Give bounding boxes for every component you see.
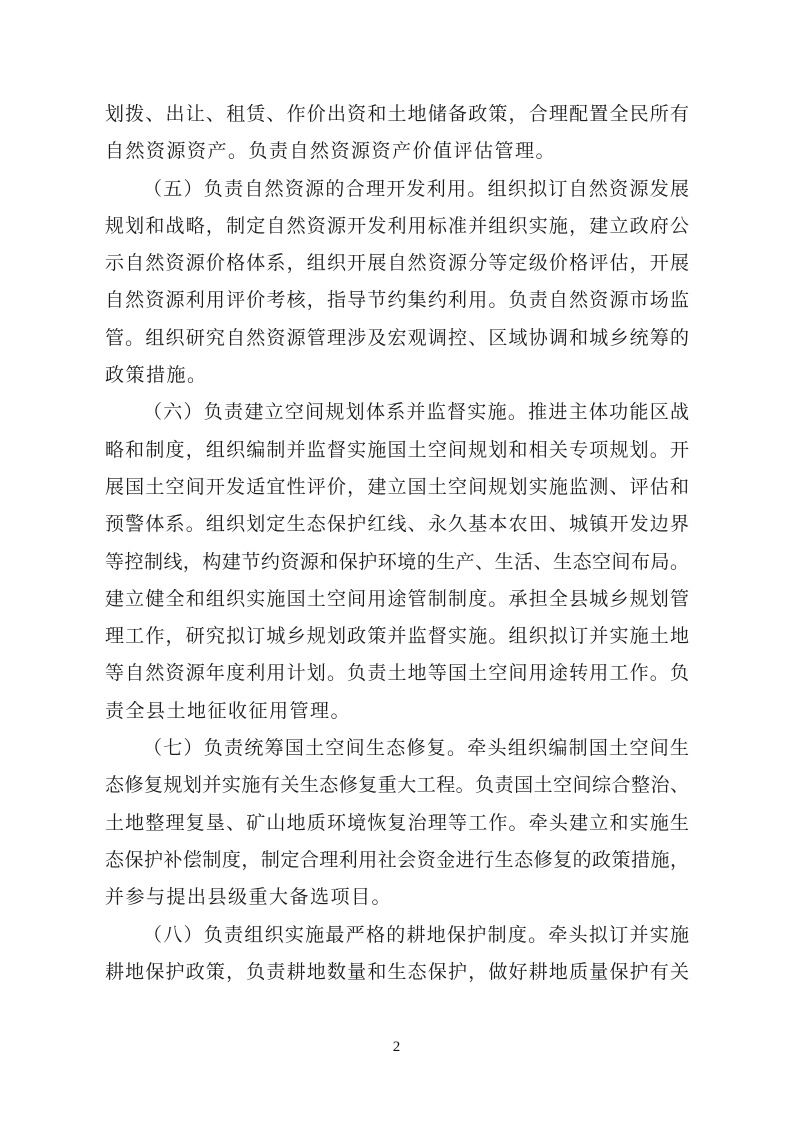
text-line: 态保护补偿制度，制定合理利用社会资金进行生态修复的政策措施， — [105, 842, 689, 879]
text-line: （八）负责组织实施最严格的耕地保护制度。牵头拟订并实施 — [105, 917, 689, 954]
text-line: 建立健全和组织实施国土空间用途管制制度。承担全县城乡规划管 — [105, 581, 689, 618]
text-line: 等控制线，构建节约资源和保护环境的生产、生活、生态空间布局。 — [105, 544, 689, 581]
document-page: 划拨、出让、租赁、作价出资和土地储备政策，合理配置全民所有自然资源资产。负责自然… — [0, 0, 793, 1122]
text-line: 预警体系。组织划定生态保护红线、永久基本农田、城镇开发边界 — [105, 506, 689, 543]
text-line: 展国土空间开发适宜性评价，建立国土空间规划实施监测、评估和 — [105, 469, 689, 506]
document-body: 划拨、出让、租赁、作价出资和土地储备政策，合理配置全民所有自然资源资产。负责自然… — [105, 96, 689, 991]
text-line: 规划和战略，制定自然资源开发利用标准并组织实施，建立政府公 — [105, 208, 689, 245]
page-number: 2 — [0, 1038, 793, 1056]
text-line: 并参与提出县级重大备选项目。 — [105, 879, 689, 916]
text-line: （七）负责统筹国土空间生态修复。牵头组织编制国土空间生 — [105, 730, 689, 767]
text-line: 自然资源资产。负责自然资源资产价值评估管理。 — [105, 133, 689, 170]
text-line: 责全县土地征收征用管理。 — [105, 693, 689, 730]
text-line: 耕地保护政策，负责耕地数量和生态保护，做好耕地质量保护有关 — [105, 954, 689, 991]
text-line: 等自然资源年度利用计划。负责土地等国土空间用途转用工作。负 — [105, 655, 689, 692]
text-line: （六）负责建立空间规划体系并监督实施。推进主体功能区战 — [105, 394, 689, 431]
text-line: 自然资源利用评价考核，指导节约集约利用。负责自然资源市场监 — [105, 282, 689, 319]
text-line: （五）负责自然资源的合理开发利用。组织拟订自然资源发展 — [105, 171, 689, 208]
text-line: 土地整理复垦、矿山地质环境恢复治理等工作。牵头建立和实施生 — [105, 805, 689, 842]
text-line: 划拨、出让、租赁、作价出资和土地储备政策，合理配置全民所有 — [105, 96, 689, 133]
text-line: 态修复规划并实施有关生态修复重大工程。负责国土空间综合整治、 — [105, 767, 689, 804]
text-line: 管。组织研究自然资源管理涉及宏观调控、区域协调和城乡统筹的 — [105, 320, 689, 357]
text-line: 略和制度，组织编制并监督实施国土空间规划和相关专项规划。开 — [105, 432, 689, 469]
text-line: 理工作，研究拟订城乡规划政策并监督实施。组织拟订并实施土地 — [105, 618, 689, 655]
text-line: 政策措施。 — [105, 357, 689, 394]
text-line: 示自然资源价格体系，组织开展自然资源分等定级价格评估，开展 — [105, 245, 689, 282]
